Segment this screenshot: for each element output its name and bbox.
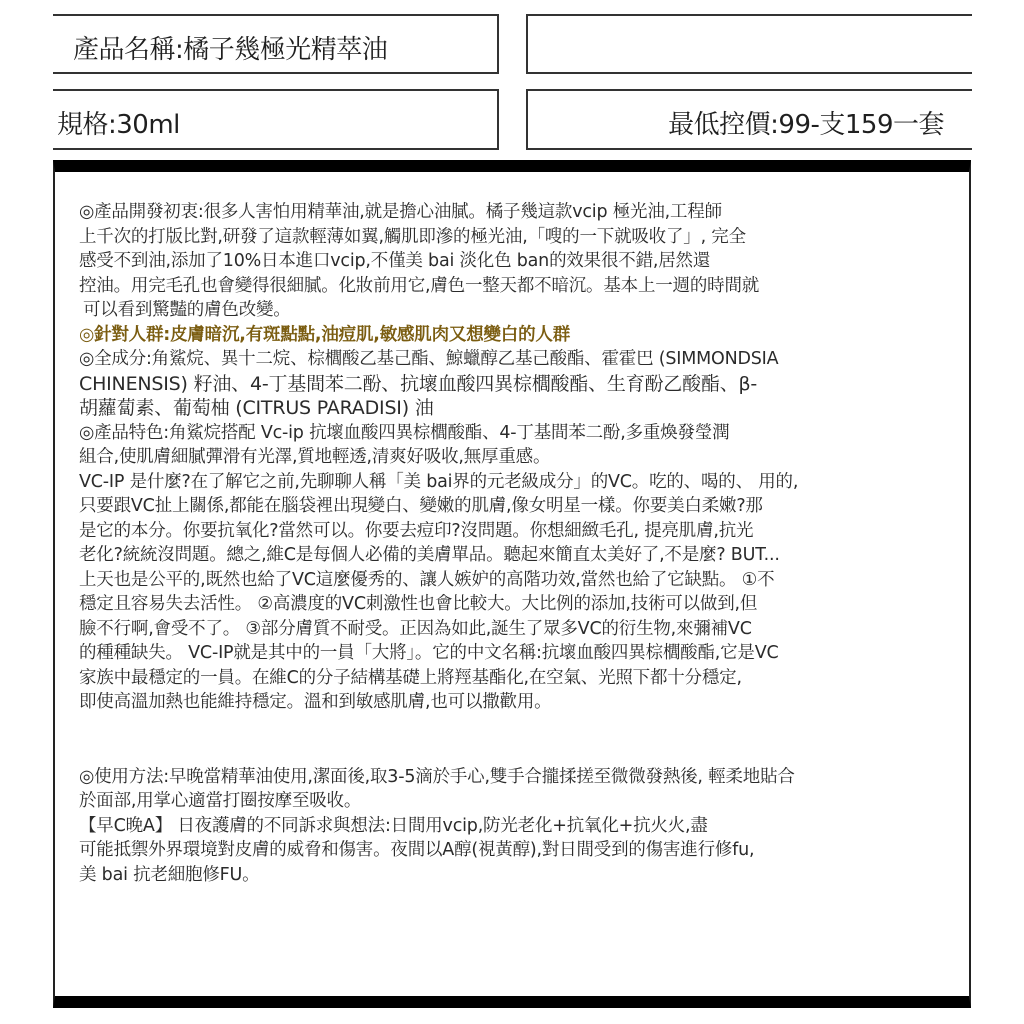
product-name-right-box — [526, 14, 972, 74]
price-box: 最低控價:99-支159一套 — [526, 89, 972, 150]
intro-line: 可以看到驚豔的膚色改變。 — [79, 298, 939, 323]
day-night-section: 【早C晚A】 日夜護膚的不同訴求與想法:日間用vcip,防光老化+抗氧化+抗火火… — [79, 814, 939, 888]
ingredients-line: ◎全成分:角鯊烷、異十二烷、棕櫚酸乙基己酯、鯨蠟醇乙基己酸酯、霍霍巴 (SIMM… — [79, 347, 939, 372]
vcip-line: 是它的本分。你要抗氧化?當然可以。你要去痘印?沒問題。你想細緻毛孔, 提亮肌膚,… — [79, 519, 939, 544]
vcip-line: 只要跟VC扯上關係,都能在腦袋裡出現變白、變嫩的肌膚,像女明星一樣。你要美白柔嫩… — [79, 494, 939, 519]
vcip-explanation-section: VC-IP 是什麼?在了解它之前,先聊聊人稱「美 bai界的元老級成分」的VC。… — [79, 470, 939, 715]
usage-section: ◎使用方法:早晚當精華油使用,潔面後,取3-5滴於手心,雙手合攏揉搓至微微發熱後… — [79, 765, 939, 814]
spec-box: 規格:30ml — [53, 89, 499, 150]
intro-line: 控油。用完毛孔也會變得很細膩。化妝前用它,膚色一整天都不暗沉。基本上一週的時間就 — [79, 274, 939, 299]
day-night-line: 美 bai 抗老細胞修FU。 — [79, 863, 939, 888]
intro-section: ◎產品開發初衷:很多人害怕用精華油,就是擔心油膩。橘子幾這款vcip 極光油,工… — [79, 200, 939, 323]
intro-line: ◎產品開發初衷:很多人害怕用精華油,就是擔心油膩。橘子幾這款vcip 極光油,工… — [79, 200, 939, 225]
day-night-line: 可能抵禦外界環境對皮膚的威脅和傷害。夜間以A醇(視黃醇),對日間受到的傷害進行修… — [79, 838, 939, 863]
vcip-line: 穩定且容易失去活性。 ②高濃度的VC刺激性也會比較大。大比例的添加,技術可以做到… — [79, 592, 939, 617]
spec-text: 規格:30ml — [57, 104, 180, 141]
product-name: 產品名稱:橘子幾極光精萃油 — [73, 29, 387, 66]
vcip-line: 的種種缺失。 VC-IP就是其中的一員「大將」。它的中文名稱:抗壞血酸四異棕櫚酸… — [79, 641, 939, 666]
day-night-line: 【早C晚A】 日夜護膚的不同訴求與想法:日間用vcip,防光老化+抗氧化+抗火火… — [79, 814, 939, 839]
usage-line: 於面部,用掌心適當打圈按摩至吸收。 — [79, 789, 939, 814]
intro-line: 感受不到油,添加了10%日本進口vcip,不僅美 bai 淡化色 ban的效果很… — [79, 249, 939, 274]
intro-line: 上千次的打版比對,研發了這款輕薄如翼,觸肌即滲的極光油,「嗖的一下就吸收了」, … — [79, 225, 939, 250]
min-price-text: 最低控價:99-支159一套 — [668, 104, 944, 141]
vcip-line: VC-IP 是什麼?在了解它之前,先聊聊人稱「美 bai界的元老級成分」的VC。… — [79, 470, 939, 495]
target-audience: ◎針對人群:皮膚暗沉,有斑點點,油痘肌,敏感肌肉又想變白的人群 — [79, 323, 939, 348]
features-line: ◎產品特色:角鯊烷搭配 Vc-ip 抗壞血酸四異棕櫚酸酯、4-丁基間苯二酚,多重… — [79, 421, 939, 446]
description-frame: ◎產品開發初衷:很多人害怕用精華油,就是擔心油膩。橘子幾這款vcip 極光油,工… — [53, 160, 971, 1008]
spacer — [79, 715, 939, 765]
usage-line: ◎使用方法:早晚當精華油使用,潔面後,取3-5滴於手心,雙手合攏揉搓至微微發熱後… — [79, 765, 939, 790]
ingredients-line: 胡蘿蔔素、葡萄柚 (CITRUS PARADISI) 油 — [79, 396, 939, 421]
features-section: ◎產品特色:角鯊烷搭配 Vc-ip 抗壞血酸四異棕櫚酸酯、4-丁基間苯二酚,多重… — [79, 421, 939, 470]
vcip-line: 家族中最穩定的一員。在維C的分子結構基礎上將羥基酯化,在空氣、光照下都十分穩定, — [79, 666, 939, 691]
vcip-line: 即使高溫加熱也能維持穩定。溫和到敏感肌膚,也可以撒歡用。 — [79, 690, 939, 715]
vcip-line: 上天也是公平的,既然也給了VC這麼優秀的、讓人嫉妒的高階功效,當然也給了它缺點。… — [79, 568, 939, 593]
features-line: 組合,使肌膚細膩彈滑有光澤,質地輕透,清爽好吸收,無厚重感。 — [79, 445, 939, 470]
vcip-line: 臉不行啊,會受不了。 ③部分膚質不耐受。正因為如此,誕生了眾多VC的衍生物,來彌… — [79, 617, 939, 642]
description-content: ◎產品開發初衷:很多人害怕用精華油,就是擔心油膩。橘子幾這款vcip 極光油,工… — [79, 200, 939, 887]
vcip-line: 老化?統統沒問題。總之,維C是每個人必備的美膚單品。聽起來簡直太美好了,不是麼?… — [79, 543, 939, 568]
ingredients-section: ◎全成分:角鯊烷、異十二烷、棕櫚酸乙基己酯、鯨蠟醇乙基己酸酯、霍霍巴 (SIMM… — [79, 347, 939, 421]
ingredients-line: CHINENSIS) 籽油、4-丁基間苯二酚、抗壞血酸四異棕櫚酸酯、生育酚乙酸酯… — [79, 372, 939, 397]
product-name-box: 產品名稱:橘子幾極光精萃油 — [53, 14, 499, 74]
